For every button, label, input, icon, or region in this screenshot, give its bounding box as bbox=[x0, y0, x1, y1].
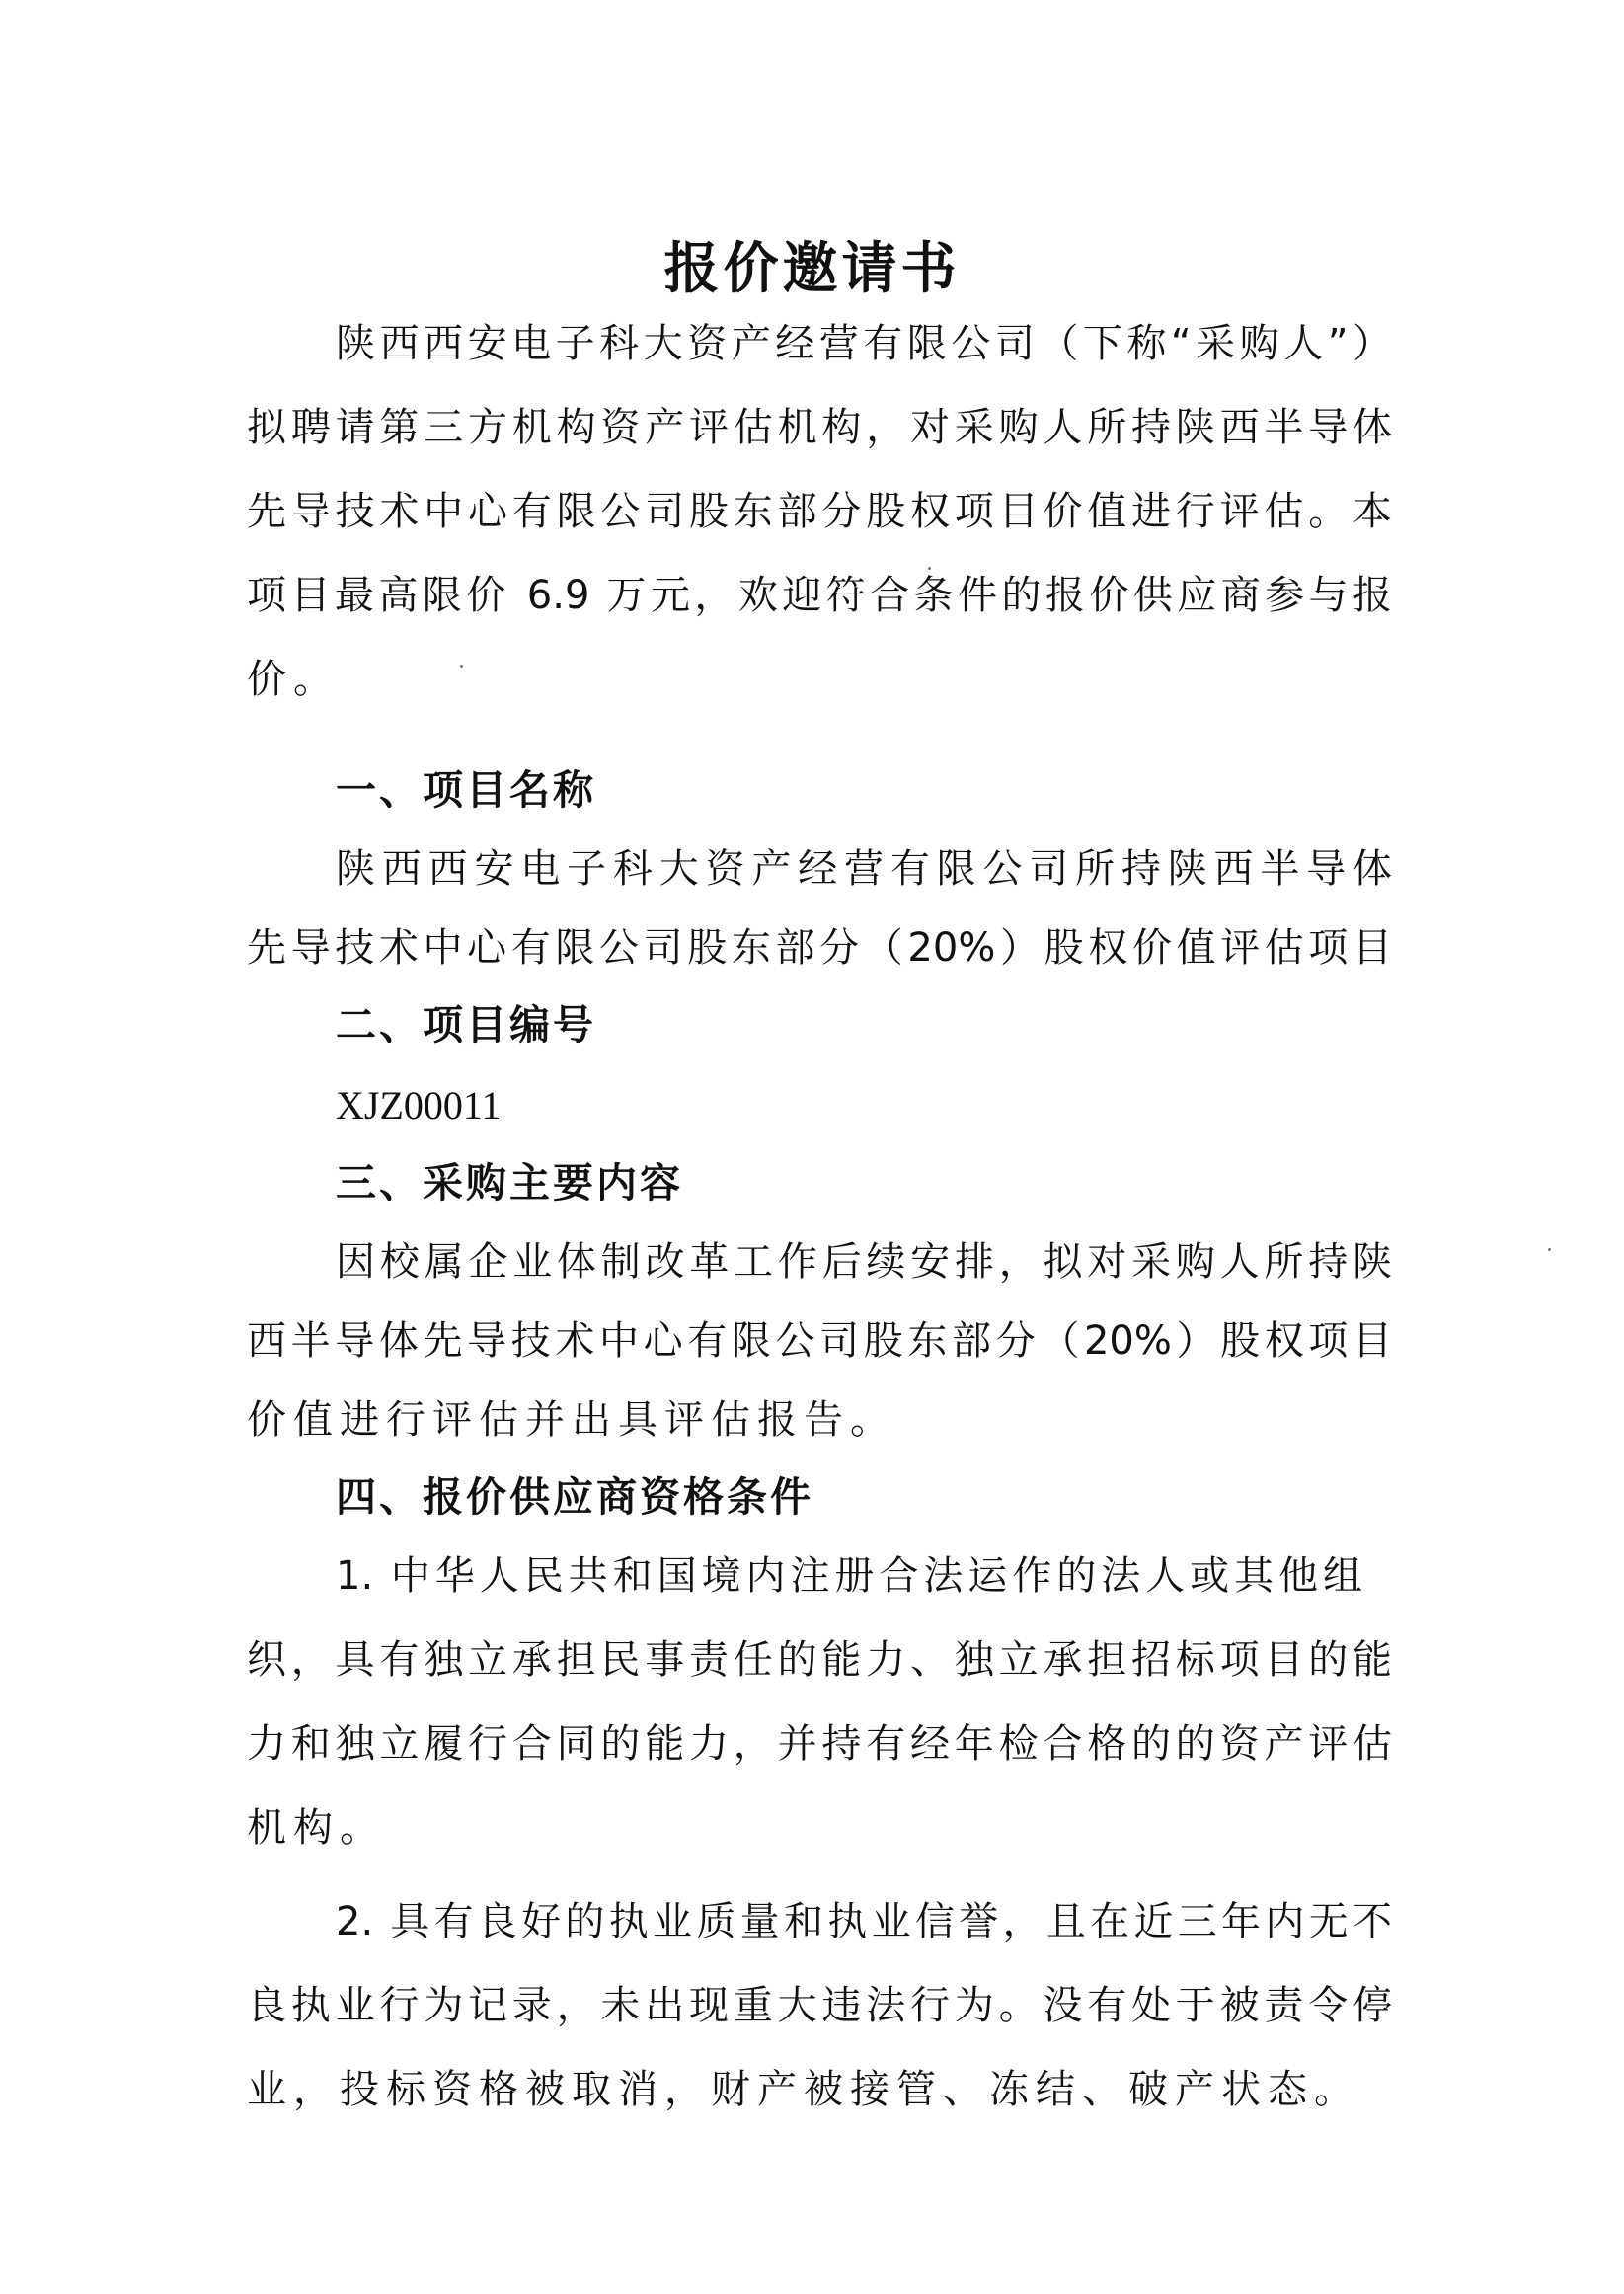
document-title: 报价邀请书 bbox=[0, 225, 1624, 304]
paragraph-line: 价。 bbox=[247, 654, 1392, 705]
scan-speck bbox=[1548, 1248, 1551, 1251]
scan-speck bbox=[546, 1665, 549, 1668]
section-heading: 一、项目名称 bbox=[336, 764, 596, 816]
document-page: 报价邀请书 陕西西安电子科大资产经营有限公司（下称“采购人”） 拟聘请第三方机构… bbox=[0, 0, 1624, 2294]
paragraph-line: 机构。 bbox=[247, 1802, 1392, 1854]
paragraph-line: 2. 具有良好的执业质量和执业信誉，且在近三年内无不 bbox=[336, 1896, 1392, 1947]
paragraph-line: 良执业行为记录，未出现重大违法行为。没有处于被责令停 bbox=[247, 1980, 1392, 2031]
paragraph-line: 西半导体先导技术中心有限公司股东部分（20%）股权项目 bbox=[247, 1315, 1392, 1367]
project-code: XJZ00011 bbox=[336, 1080, 501, 1132]
section-heading: 二、项目编号 bbox=[336, 999, 596, 1051]
section-heading: 三、采购主要内容 bbox=[336, 1157, 683, 1209]
paragraph-line: 价值进行评估并出具评估报告。 bbox=[247, 1394, 1392, 1446]
scan-speck bbox=[928, 567, 931, 570]
paragraph-line: 陕西西安电子科大资产经营有限公司所持陕西半导体 bbox=[336, 843, 1392, 895]
paragraph-line: 先导技术中心有限公司股东部分（20%）股权价值评估项目 bbox=[247, 922, 1392, 974]
paragraph-line: 拟聘请第三方机构资产评估机构，对采购人所持陕西半导体 bbox=[247, 402, 1392, 453]
paragraph-line: 业，投标资格被取消，财产被接管、冻结、破产状态。 bbox=[247, 2064, 1392, 2115]
paragraph-line: 织，具有独立承担民事责任的能力、独立承担招标项目的能 bbox=[247, 1634, 1392, 1686]
paragraph-line: 1. 中华人民共和国境内注册合法运作的法人或其他组 bbox=[336, 1550, 1362, 1602]
paragraph-line: 因校属企业体制改革工作后续安排，拟对采购人所持陕 bbox=[336, 1236, 1392, 1288]
section-heading: 四、报价供应商资格条件 bbox=[336, 1471, 813, 1523]
paragraph-line: 力和独立履行合同的能力，并持有经年检合格的的资产评估 bbox=[247, 1718, 1392, 1770]
scan-speck bbox=[460, 665, 463, 668]
paragraph-line: 陕西西安电子科大资产经营有限公司（下称“采购人”） bbox=[336, 318, 1392, 369]
paragraph-line: 项目最高限价 6.9 万元，欢迎符合条件的报价供应商参与报 bbox=[247, 570, 1392, 621]
paragraph-line: 先导技术中心有限公司股东部分股权项目价值进行评估。本 bbox=[247, 486, 1392, 537]
